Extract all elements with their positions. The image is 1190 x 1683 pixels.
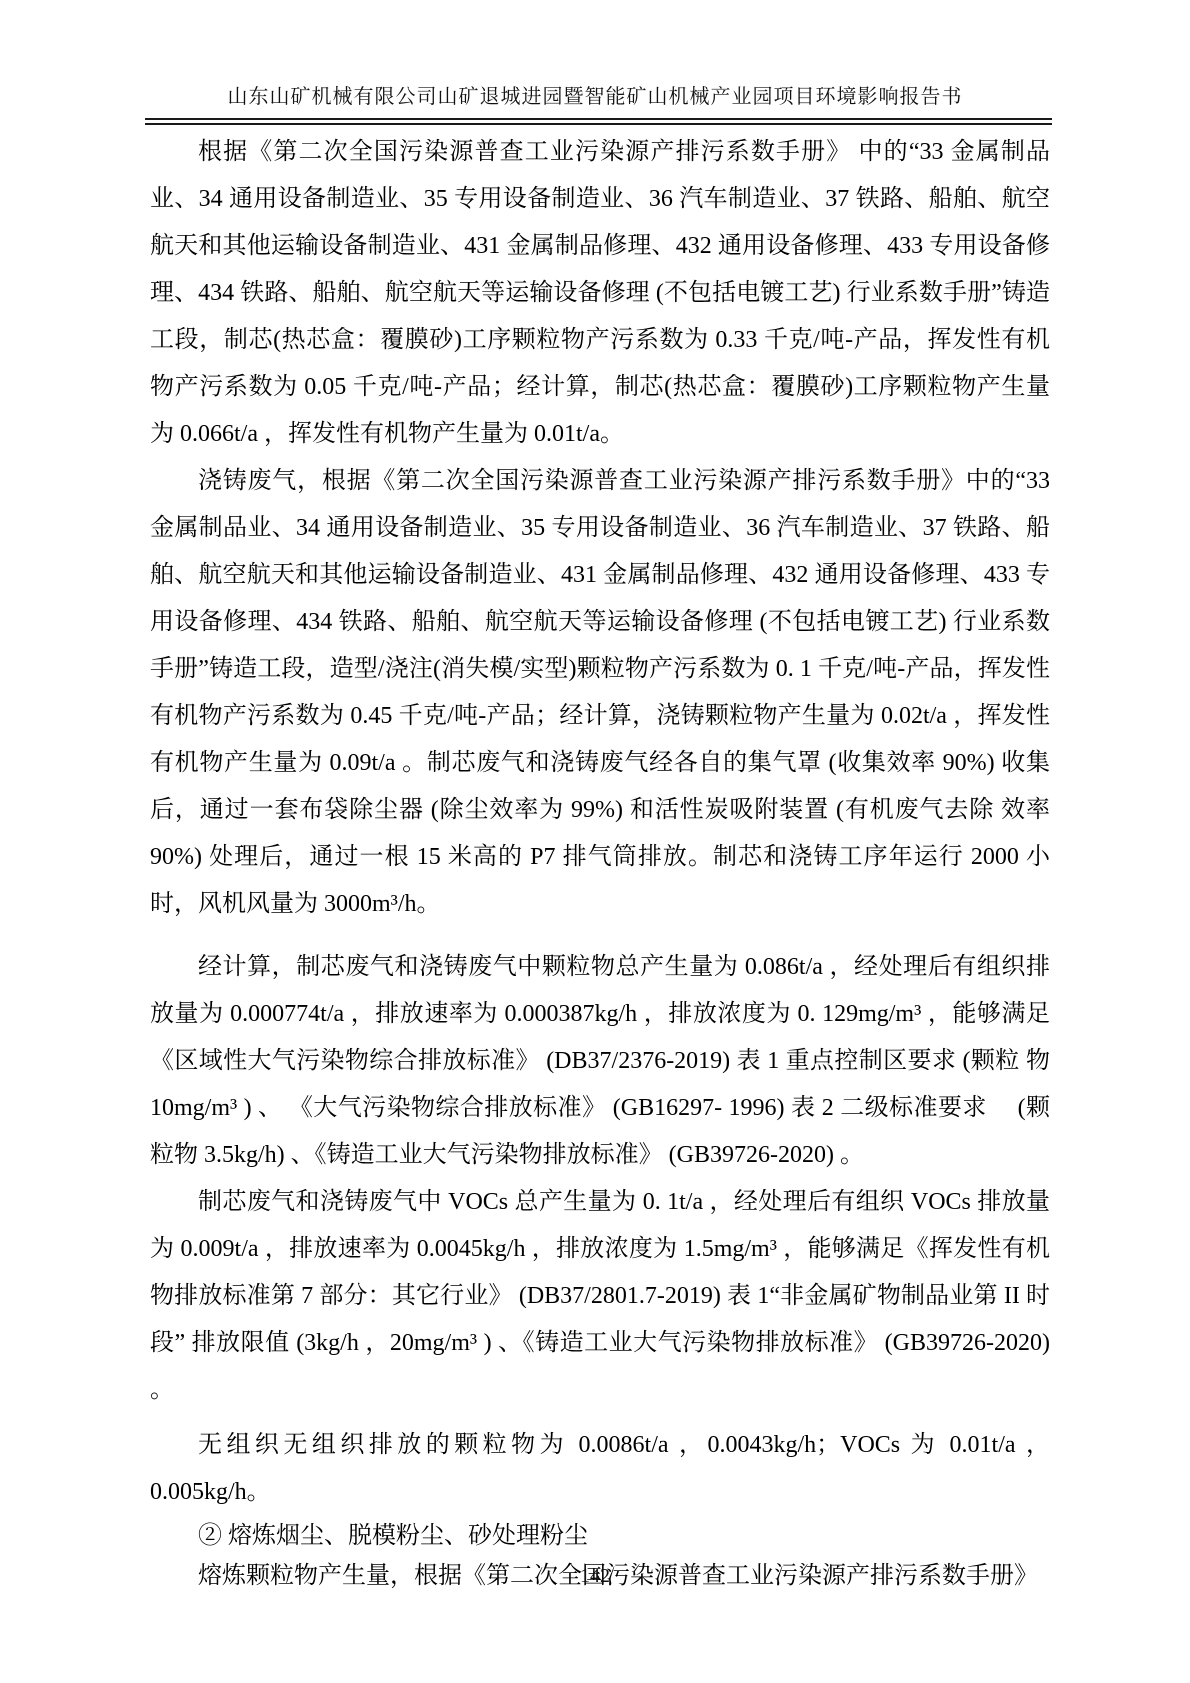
page-header: 山东山矿机械有限公司山矿退城进园暨智能矿山机械产业园项目环境影响报告书: [0, 0, 1190, 125]
report-header-title: 山东山矿机械有限公司山矿退城进园暨智能矿山机械产业园项目环境影响报告书: [0, 84, 1190, 110]
document-body: 根据《第二次全国污染源普查工业污染源产排污系数手册》 中的“33 金属制品业、3…: [150, 129, 1050, 1596]
paragraph-core-making-coefficients: 根据《第二次全国污染源普查工业污染源产排污系数手册》 中的“33 金属制品业、3…: [150, 129, 1050, 458]
document-page: 山东山矿机械有限公司山矿退城进园暨智能矿山机械产业园项目环境影响报告书 根据《第…: [0, 0, 1190, 1683]
paragraph-casting-exhaust: 浇铸废气，根据《第二次全国污染源普查工业污染源产排污系数手册》中的“33 金属制…: [150, 458, 1050, 928]
header-double-rule: [145, 118, 1052, 125]
page-footer: 142: [0, 1565, 1190, 1588]
paragraph-particulate-calculation: 经计算，制芯废气和浇铸废气中颗粒物总产生量为 0.086t/a ，经处理后有组织…: [150, 944, 1050, 1179]
paragraph-smelting-dust-heading: ② 熔炼烟尘、脱模粉尘、砂处理粉尘: [150, 1516, 1050, 1556]
page-number: 142: [580, 1565, 610, 1587]
paragraph-fugitive-emissions: 无组织无组织排放的颗粒物为 0.0086t/a ，0.0043kg/h；VOCs…: [150, 1422, 1050, 1516]
paragraph-vocs-calculation: 制芯废气和浇铸废气中 VOCs 总产生量为 0. 1t/a ，经处理后有组织 V…: [150, 1179, 1050, 1414]
